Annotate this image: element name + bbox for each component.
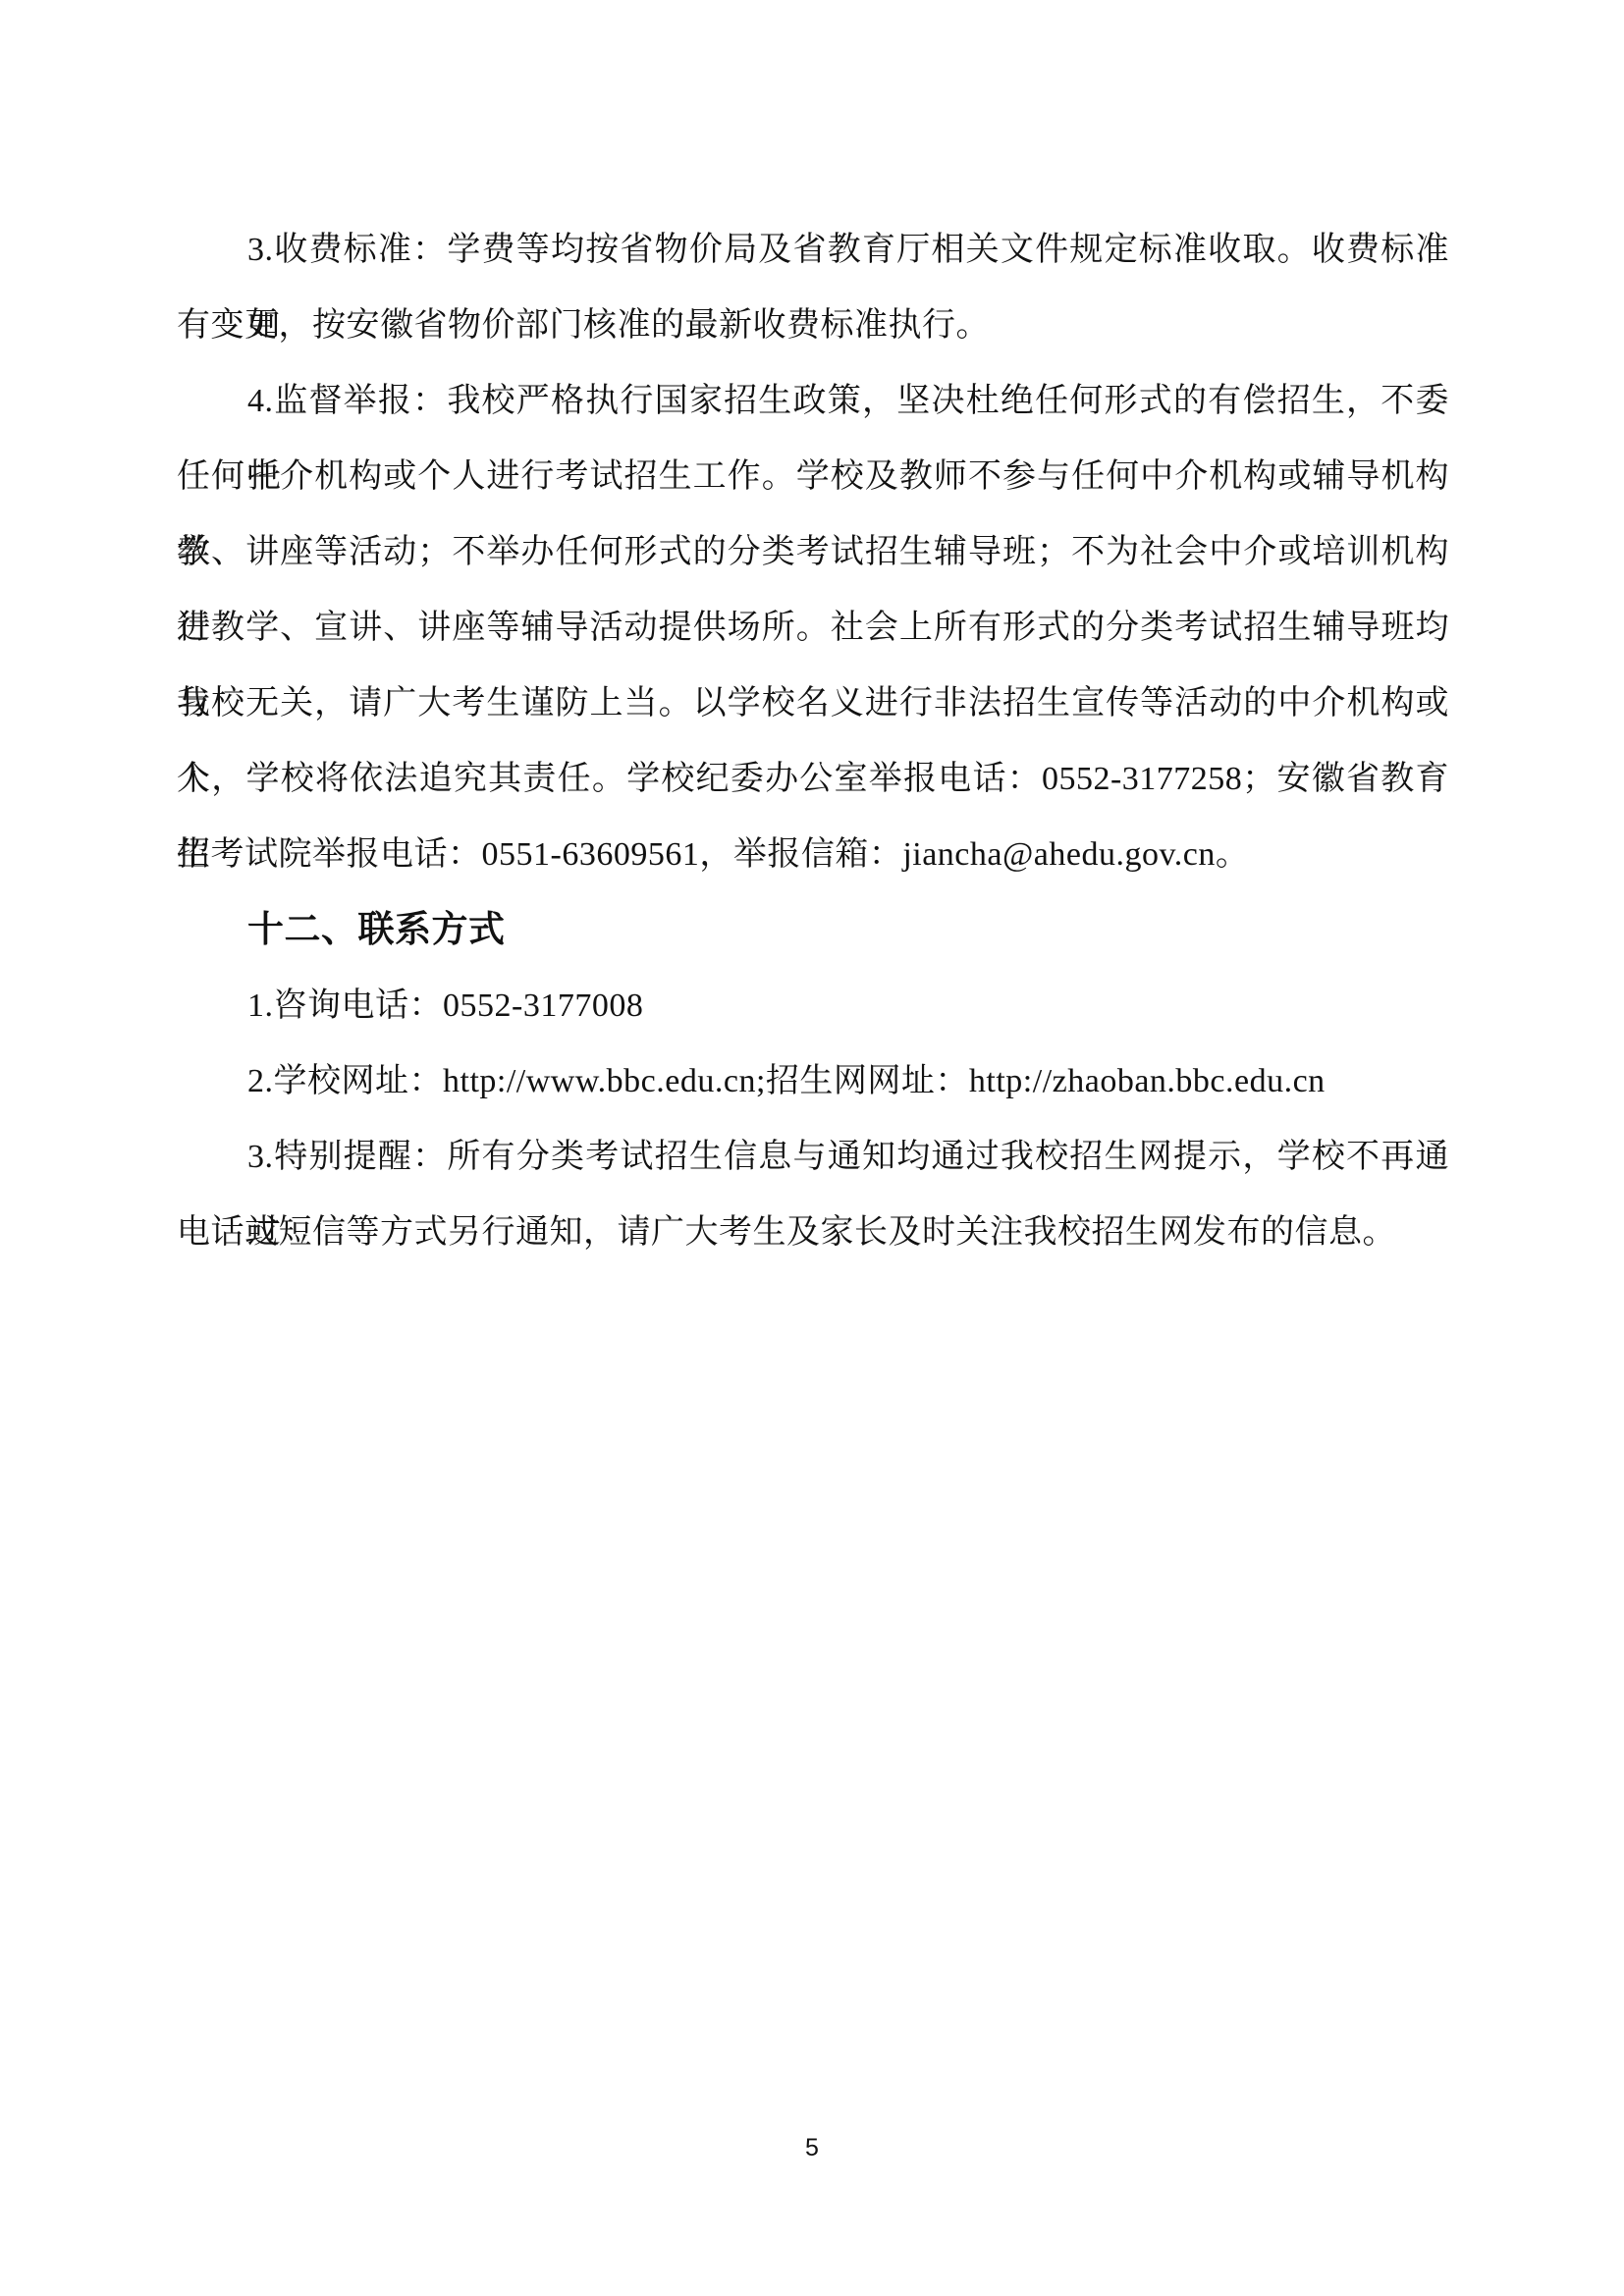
text-line: 任何中介机构或个人进行考试招生工作。学校及教师不参与任何中介机构或辅导机构教 bbox=[177, 439, 1449, 514]
text-line: 2.学校网址：http://www.bbc.edu.cn;招生网网址：http:… bbox=[177, 1043, 1449, 1119]
text-line: 人，学校将依法追究其责任。学校纪委办公室举报电话：0552-3177258；安徽… bbox=[177, 741, 1449, 817]
paragraph: 3.特别提醒：所有分类考试招生信息与通知均通过我校招生网提示，学校不再通过电话或… bbox=[177, 1119, 1449, 1270]
text-line: 生考试院举报电话：0551-63609561，举报信箱：jiancha@ahed… bbox=[177, 817, 1449, 892]
document-body: 3.收费标准：学费等均按省物价局及省教育厅相关文件规定标准收取。收费标准如有变更… bbox=[177, 212, 1449, 1270]
section-heading: 十二、联系方式 bbox=[177, 892, 1449, 968]
text-line: 3.特别提醒：所有分类考试招生信息与通知均通过我校招生网提示，学校不再通过 bbox=[177, 1119, 1449, 1195]
paragraph: 1.咨询电话：0552-3177008 bbox=[177, 968, 1449, 1043]
page-number: 5 bbox=[0, 2128, 1624, 2167]
text-line: 行教学、宣讲、讲座等辅导活动提供场所。社会上所有形式的分类考试招生辅导班均与 bbox=[177, 590, 1449, 666]
text-line: 我校无关，请广大考生谨防上当。以学校名义进行非法招生宣传等活动的中介机构或个 bbox=[177, 666, 1449, 741]
paragraph: 4.监督举报：我校严格执行国家招生政策，坚决杜绝任何形式的有偿招生，不委托任何中… bbox=[177, 363, 1449, 892]
text-line: 电话或短信等方式另行通知，请广大考生及家长及时关注我校招生网发布的信息。 bbox=[177, 1195, 1449, 1270]
text-line: 有变更，按安徽省物价部门核准的最新收费标准执行。 bbox=[177, 288, 1449, 363]
paragraph: 2.学校网址：http://www.bbc.edu.cn;招生网网址：http:… bbox=[177, 1043, 1449, 1119]
text-line: 4.监督举报：我校严格执行国家招生政策，坚决杜绝任何形式的有偿招生，不委托 bbox=[177, 363, 1449, 439]
text-line: 3.收费标准：学费等均按省物价局及省教育厅相关文件规定标准收取。收费标准如 bbox=[177, 212, 1449, 288]
text-line: 1.咨询电话：0552-3177008 bbox=[177, 968, 1449, 1043]
text-line: 十二、联系方式 bbox=[177, 892, 1449, 968]
text-line: 学、讲座等活动；不举办任何形式的分类考试招生辅导班；不为社会中介或培训机构进 bbox=[177, 514, 1449, 590]
paragraph: 3.收费标准：学费等均按省物价局及省教育厅相关文件规定标准收取。收费标准如有变更… bbox=[177, 212, 1449, 363]
document-page: 3.收费标准：学费等均按省物价局及省教育厅相关文件规定标准收取。收费标准如有变更… bbox=[0, 0, 1624, 2296]
